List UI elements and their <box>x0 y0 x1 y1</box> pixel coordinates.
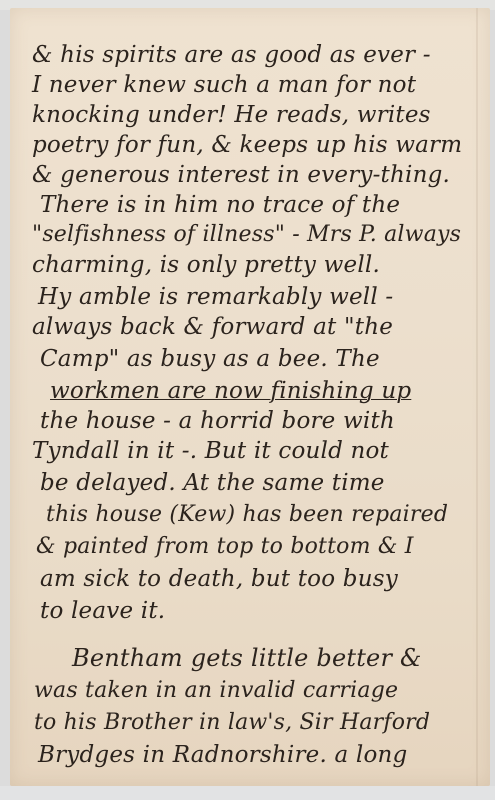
text-line: always back & forward at "the <box>32 314 393 340</box>
text-line: Hy amble is remarkably well - <box>38 284 393 310</box>
text-line: There is in him no trace of the <box>40 192 400 218</box>
text-line: Brydges in Radnorshire. a long <box>38 742 407 768</box>
text-line: & generous interest in every-thing. <box>32 162 450 188</box>
text-line: to his Brother in law's, Sir Harford <box>34 710 430 735</box>
text-line: Bentham gets little better & <box>72 644 422 672</box>
text-line: this house (Kew) has been repaired <box>46 502 448 527</box>
text-line: to leave it. <box>40 598 165 624</box>
text-line: was taken in an invalid carriage <box>34 678 398 703</box>
text-line: workmen are now finishing up <box>50 378 411 404</box>
text-line: I never knew such a man for not <box>32 72 416 98</box>
text-line: poetry for fun, & keeps up his warm <box>32 132 462 158</box>
text-line: Tyndall in it -. But it could not <box>32 438 389 464</box>
text-line: knocking under! He reads, writes <box>32 102 431 128</box>
letter-page: & his spirits are as good as ever - I ne… <box>10 8 490 786</box>
text-line: be delayed. At the same time <box>40 470 385 496</box>
text-line: & painted from top to bottom & I <box>36 534 414 559</box>
text-line: Camp" as busy as a bee. The <box>40 346 380 372</box>
text-line: am sick to death, but too busy <box>40 566 398 592</box>
text-line: "selfishness of illness" - Mrs P. always <box>32 222 461 247</box>
text-line: & his spirits are as good as ever - <box>32 42 431 68</box>
text-line: charming, is only pretty well. <box>32 252 380 278</box>
mount-border-bottom <box>0 786 495 800</box>
text-line: the house - a horrid bore with <box>40 408 395 434</box>
